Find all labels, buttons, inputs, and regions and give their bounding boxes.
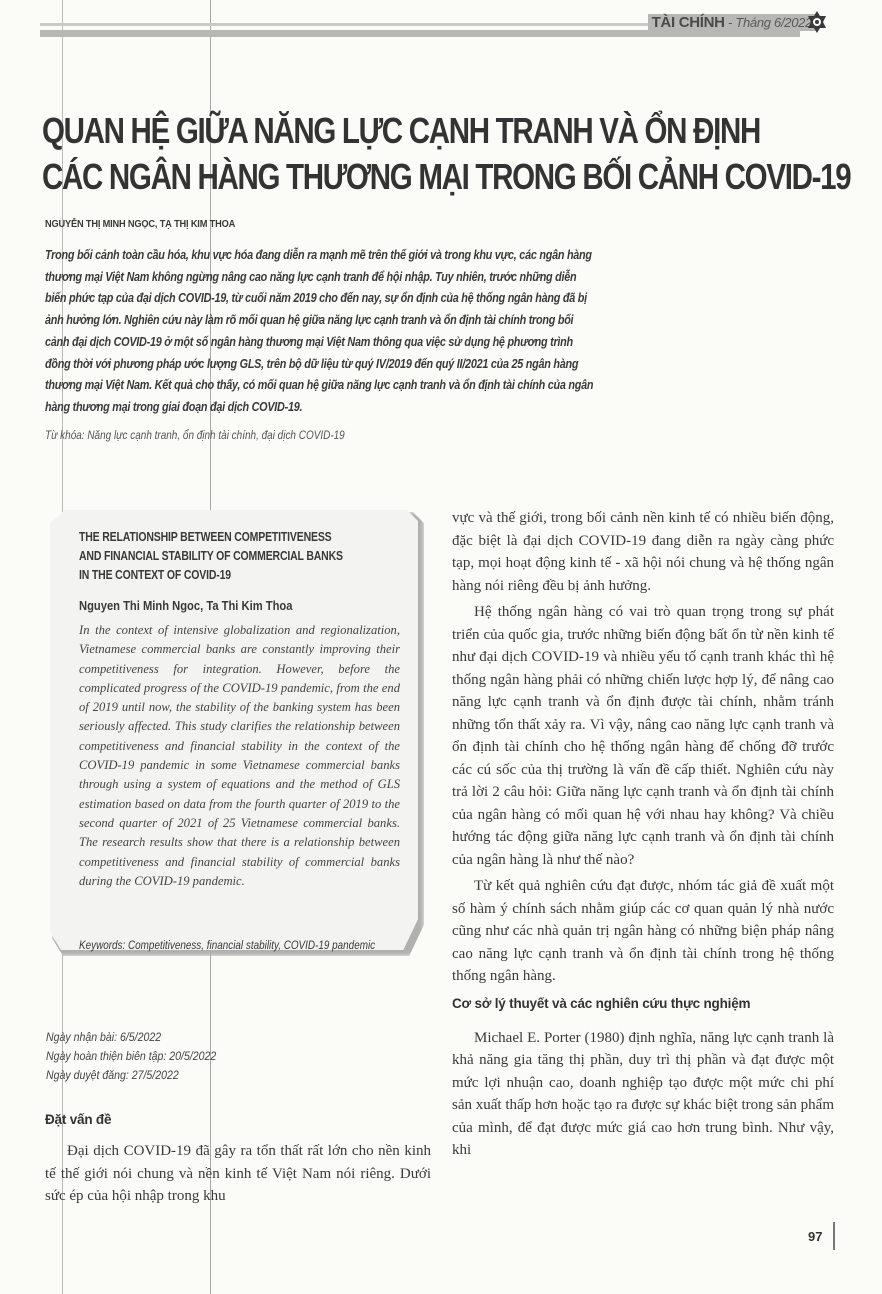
english-title: THE RELATIONSHIP BETWEEN COMPETITIVENESS… (79, 528, 381, 585)
body-paragraph: Hệ thống ngân hàng có vai trò quan trọng… (452, 601, 834, 871)
abstract-vietnamese: Trong bối cảnh toàn cầu hóa, khu vực hóa… (45, 245, 595, 419)
journal-section-label: TÀI CHÍNH - Tháng 6/2022 (648, 14, 816, 31)
keywords-vietnamese: Từ khóa: Năng lực cạnh tranh, ổn định tà… (45, 429, 345, 442)
body-paragraph: Michael E. Porter (1980) định nghĩa, năn… (452, 1027, 834, 1162)
english-title-line: IN THE CONTEXT OF COVID-19 (79, 566, 381, 585)
body-paragraph: Đại dịch COVID-19 đã gây ra tổn thất rất… (45, 1140, 431, 1208)
section-heading-literature: Cơ sở lý thuyết và các nghiên cứu thực n… (452, 996, 834, 1011)
body-paragraph: Từ kết quả nghiên cứu đạt được, nhóm tác… (452, 875, 834, 988)
section-name: TÀI CHÍNH (652, 14, 725, 31)
body-paragraph: vực và thế giới, trong bối cảnh nền kinh… (452, 507, 834, 597)
section-heading-introduction: Đặt vấn đề (45, 1112, 111, 1127)
title-line: CÁC NGÂN HÀNG THƯƠNG MẠI TRONG BỐI CẢNH … (42, 154, 698, 200)
issue-date: Tháng 6/2022 (735, 15, 812, 30)
body-column-right: vực và thế giới, trong bối cảnh nền kinh… (452, 507, 834, 1166)
page-number-rule (833, 1222, 835, 1250)
date-revised: Ngày hoàn thiện biên tập: 20/5/2022 (46, 1047, 216, 1066)
header-separator: - (725, 15, 736, 30)
date-accepted: Ngày duyệt đăng: 27/5/2022 (46, 1066, 216, 1085)
title-line: QUAN HỆ GIỮA NĂNG LỰC CẠNH TRANH VÀ ỔN Đ… (42, 108, 698, 154)
english-title-line: AND FINANCIAL STABILITY OF COMMERCIAL BA… (79, 547, 381, 566)
english-authors: Nguyen Thi Minh Ngoc, Ta Thi Kim Thoa (79, 598, 292, 613)
english-keywords: Keywords: Competitiveness, financial sta… (79, 938, 375, 952)
article-authors: NGUYỄN THỊ MINH NGỌC, TẠ THỊ KIM THOA (45, 218, 235, 230)
gear-emblem-icon (806, 11, 828, 33)
page-number: 97 (808, 1229, 822, 1244)
article-title: QUAN HỆ GIỮA NĂNG LỰC CẠNH TRANH VÀ ỔN Đ… (42, 108, 698, 200)
body-column-left: Đại dịch COVID-19 đã gây ra tổn thất rất… (45, 1140, 431, 1208)
english-abstract: In the context of intensive globalizatio… (79, 621, 400, 891)
header-rule (40, 30, 800, 37)
date-received: Ngày nhận bài: 6/5/2022 (46, 1028, 216, 1047)
article-dates: Ngày nhận bài: 6/5/2022 Ngày hoàn thiện … (46, 1028, 216, 1085)
english-title-line: THE RELATIONSHIP BETWEEN COMPETITIVENESS (79, 528, 381, 547)
